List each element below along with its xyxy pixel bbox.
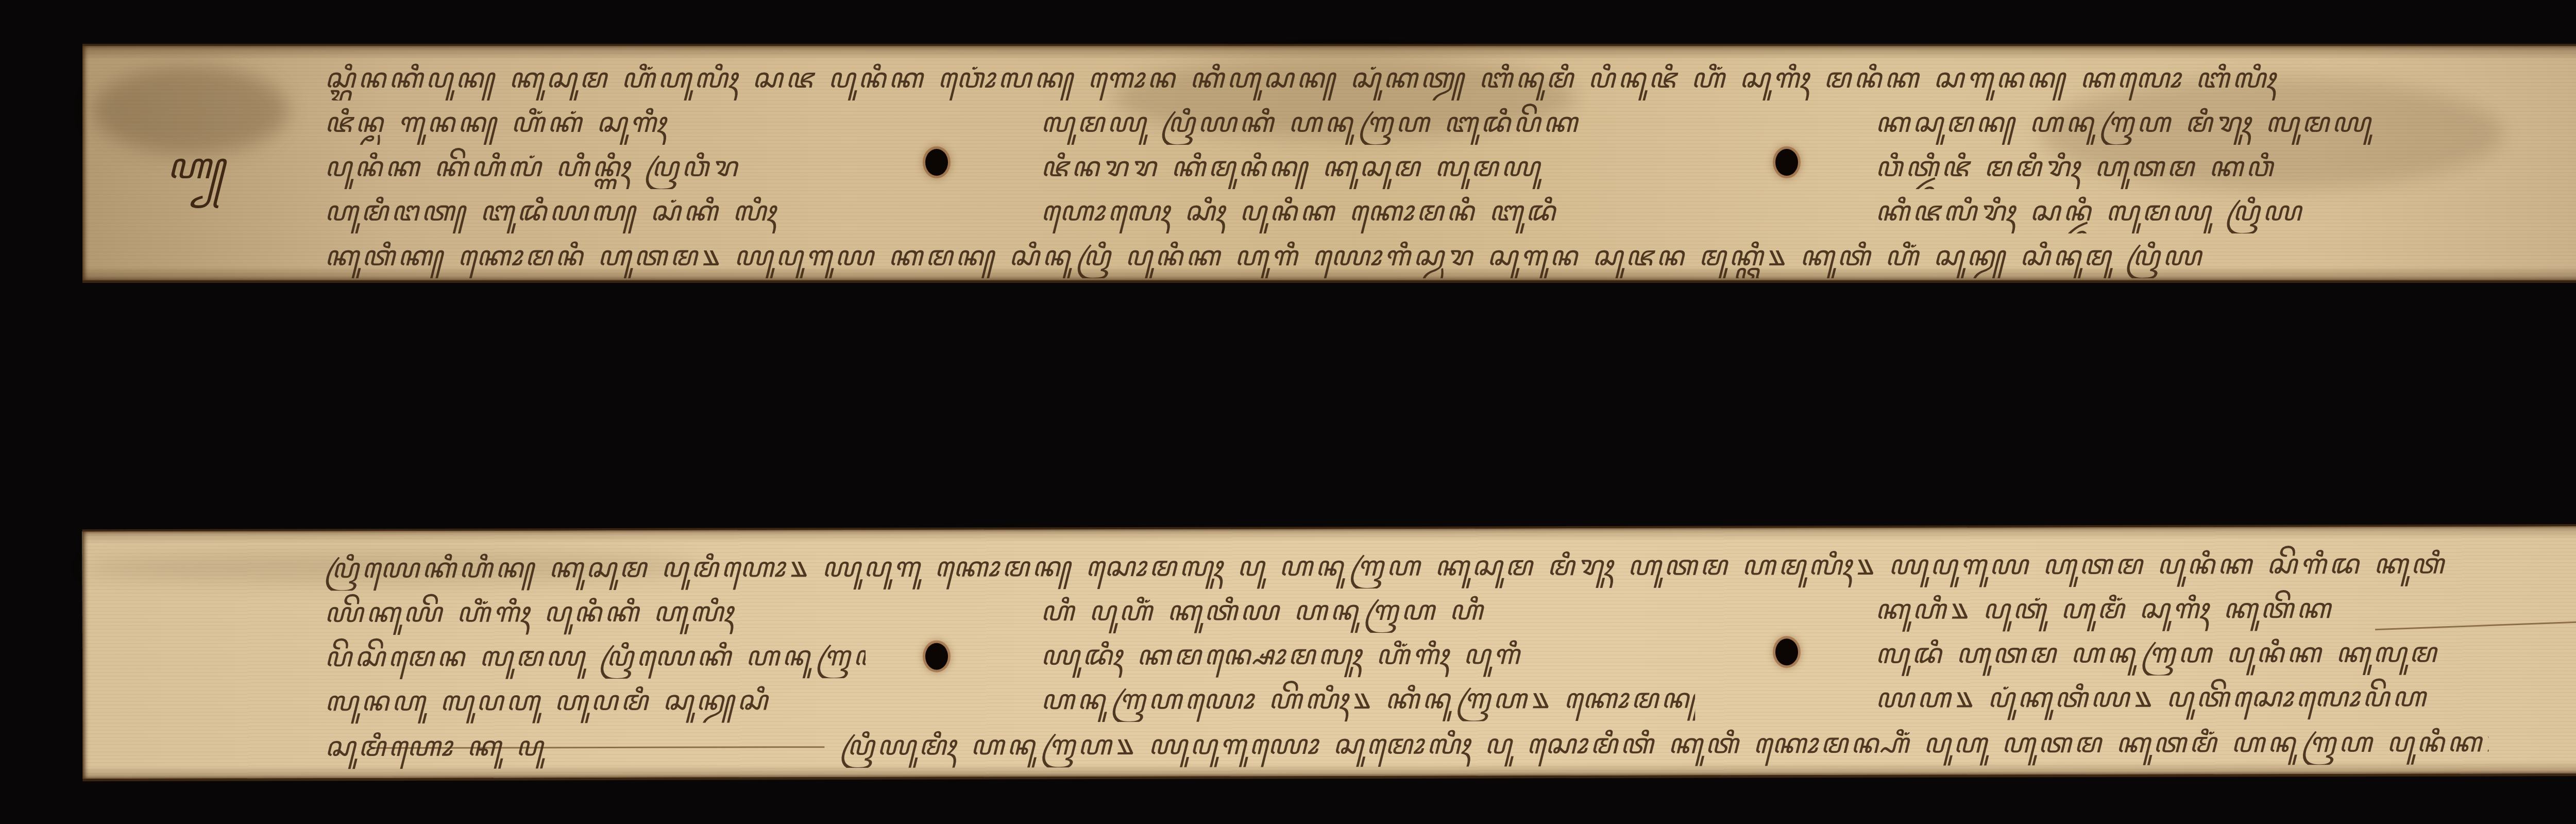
text-line-last: ꦥꦿꦶꦪꦸꦩꦶꦃ ꦲꦤꦸꦒꦿꦲ꧉ ꦪꦸꦥꦸꦒꦸꦪꦺꦴ ꦱꦸꦩꦺꦴꦭꦶꦃ ꦥꦸ ꦱ… bbox=[840, 720, 2488, 768]
string-hole-left bbox=[925, 149, 948, 176]
script-line: ꦏꦸꦲꦶ꧉ ꦥꦸꦠꦸꦁ ꦲꦸꦩꦶꦁ ꦱꦸꦒꦶꦃ ꦏꦸꦠꦼꦏ bbox=[1875, 586, 2483, 631]
folio-number-glyph: ꦲ꧀ bbox=[167, 139, 225, 212]
script-line: ꦗꦶꦤ꧀ꦩ ꦒꦸꦤꦤ꧀ ꦲꦶꦁꦏꦁ ꦱꦸꦒꦶꦃ bbox=[325, 100, 866, 145]
palm-leaf-folio-bottom: ꦥꦿꦶꦪꦺꦏꦶꦲꦶꦤ꧀ ꦏꦸꦱꦸꦩ ꦥꦸꦩꦶꦲꦺꦴ꧉ ꦪꦸꦥꦸꦒꦸ ꦏꦺꦴꦩꦤ꧀… bbox=[82, 524, 2576, 781]
script-line: ꦪꦼꦏꦸꦪꦼ ꦲꦶꦁꦒꦶꦃ ꦥꦸꦤꦶꦏꦶ ꦲꦸꦭꦶꦃ bbox=[325, 590, 866, 635]
script-line: ꦏꦶꦗꦭꦶꦫꦶꦃ ꦱꦤ꧀ꦢꦶ ꦭꦸꦩꦪꦸ ꦥꦿꦶꦪ bbox=[1875, 189, 2483, 233]
text-column-middle: ꦲꦶ ꦥꦸꦲꦶꦁ ꦏꦸꦠꦶꦪ ꦲꦤꦸꦒꦿꦲ ꦲꦶ ꦪꦸꦢꦶꦃ ꦏꦩꦤ꧀ꦱꦺꦴꦩꦭ… bbox=[1041, 588, 1696, 722]
string-hole-left bbox=[925, 643, 948, 670]
script-line: ꦏꦱꦸꦩꦤ꧀ ꦲꦤꦸꦒꦿꦲ ꦩꦶꦫꦸꦃ ꦭꦸꦩꦪꦸ bbox=[1875, 100, 2483, 145]
script-line: ꦲꦸꦩꦶꦔꦠ꧀ ꦧꦸꦢꦶꦪꦭ꧀ ꦱꦁꦏꦶ ꦭꦶꦃ bbox=[325, 189, 866, 233]
script-line: ꦲꦤꦸꦒꦿꦲꦪꦺꦴ ꦲꦼꦭꦶꦃ꧉ ꦏꦶꦤꦸꦒꦿꦲ꧉ ꦏꦺꦴꦩꦤ꧀ bbox=[1041, 677, 1695, 722]
script-line: ꦭꦸꦢꦶ ꦲꦸꦠꦩ ꦲꦤꦸꦒꦿꦲ ꦥꦸꦤꦶꦏ ꦏꦸꦭꦸꦩ bbox=[1875, 630, 2483, 676]
text-line-last: ꦏꦸꦠꦶꦏ꧀ ꦏꦺꦴꦩꦤꦶ ꦲꦸꦠꦩ꧉ ꦪꦸꦥꦸꦒꦸꦪ ꦏꦩꦤ꧀ ꦱꦶꦤꦸꦥꦿꦶ… bbox=[325, 234, 2488, 278]
script-line: ꦱꦸꦩꦶꦲꦺꦴ ꦏꦸ ꦥꦸ bbox=[325, 724, 562, 769]
script-line: ꦥꦸꦤꦶꦏ ꦏꦼꦲꦶꦭꦁ ꦲꦶꦤ꧀ꦒꦶꦃ ꦥꦿꦮꦶꦫ bbox=[325, 145, 866, 189]
text-line-first: ꦱ꧀ꦫꦶꦤꦏꦶꦥꦸꦤ꧀ ꦏꦸꦱꦸꦩ ꦲꦶꦁꦲꦸꦭꦶꦃ ꦱꦗ ꦥꦸꦤꦶꦏ ꦮꦺꦴꦁ… bbox=[325, 56, 2488, 100]
script-line: ꦭꦸꦩꦪꦸ ꦥꦿꦶꦪꦏꦶ ꦲꦤꦸꦒꦿꦲ ꦧꦸꦢꦶꦥꦼꦏ bbox=[1041, 100, 1695, 145]
text-column-left: ꦗꦶꦤ꧀ꦩ ꦒꦸꦤꦤ꧀ ꦲꦶꦁꦏꦁ ꦱꦸꦒꦶꦃ ꦥꦸꦤꦶꦏ ꦏꦼꦲꦶꦭꦁ ꦲꦶꦤ… bbox=[325, 100, 866, 233]
script-line: ꦗꦶꦤꦫꦫ ꦏꦶꦩꦸꦤꦶꦤ꧀ ꦏꦸꦱꦸꦩ ꦭꦸꦩꦪꦸ bbox=[1041, 145, 1695, 189]
text-column-right: ꦏꦸꦲꦶ꧉ ꦥꦸꦠꦸꦁ ꦲꦸꦩꦶꦁ ꦱꦸꦒꦶꦃ ꦏꦸꦠꦼꦏ ꦭꦸꦢꦶ ꦲꦸꦠꦩ … bbox=[1875, 586, 2484, 720]
script-line: ꦥꦼꦱꦼꦩꦺꦤ ꦭꦸꦩꦪꦸ ꦥꦿꦶꦪꦺꦏꦶ ꦲꦤꦸꦒꦿꦲ bbox=[325, 634, 866, 679]
script-line: ꦥꦿꦶꦪꦺꦏꦶꦲꦶꦤ꧀ ꦏꦸꦱꦸꦩ ꦥꦸꦩꦶꦲꦺꦴ꧉ ꦪꦸꦥꦸꦒꦸ ꦏꦺꦴꦩꦤ꧀… bbox=[325, 542, 2488, 591]
script-line: ꦥꦿꦶꦪꦸꦩꦶꦃ ꦲꦤꦸꦒꦿꦲ꧉ ꦪꦸꦥꦸꦒꦸꦪꦺꦴ ꦱꦸꦩꦺꦴꦭꦶꦃ ꦥꦸ ꦱ… bbox=[840, 720, 2488, 768]
script-line: ꦪꦲ꧉ ꦥꦸꦁꦏꦸꦠꦶꦪ꧉ ꦥꦸꦠꦼꦱꦺꦴꦭꦺꦴꦥꦼꦲ bbox=[1875, 675, 2483, 720]
script-line: ꦪꦸꦢꦶꦃ ꦏꦩꦤ꧀ꦱꦺꦴꦩꦭꦸꦃ ꦲꦶꦁꦒꦶꦃ ꦥꦸꦒꦶ bbox=[1041, 632, 1695, 678]
script-line: ꦮꦶꦠ꧀ꦢꦶꦗꦶ ꦩꦩꦶꦫꦶꦃ ꦲꦸꦠꦩ ꦏꦮꦶ bbox=[1875, 145, 2483, 189]
script-line: ꦏꦸꦠꦶꦏ꧀ ꦏꦺꦴꦩꦤꦶ ꦲꦸꦠꦩ꧉ ꦪꦸꦥꦸꦒꦸꦪ ꦏꦩꦤ꧀ ꦱꦶꦤꦸꦥꦿꦶ… bbox=[325, 234, 2488, 278]
script-line: ꦲꦶ ꦥꦸꦲꦶꦁ ꦏꦸꦠꦶꦪ ꦲꦤꦸꦒꦿꦲ ꦲꦶ bbox=[1041, 588, 1695, 634]
text-line-lower-left: ꦱꦸꦩꦶꦲꦺꦴ ꦏꦸ ꦥꦸ bbox=[325, 724, 562, 769]
string-hole-right bbox=[1775, 149, 1798, 176]
script-line: ꦭꦸꦤꦲꦸ ꦭꦸꦥꦲꦸ ꦲꦸꦥꦩꦶ ꦱꦸꦤꦾꦱꦶ bbox=[325, 678, 866, 724]
palm-leaf-folio-top: ꦲ꧀ ꦱ꧀ꦫꦶꦤꦏꦶꦥꦸꦤ꧀ ꦏꦸꦱꦸꦩ ꦲꦶꦁꦲꦸꦭꦶꦃ ꦱꦗ ꦥꦸꦤꦶꦏ ꦮ… bbox=[82, 44, 2576, 283]
script-line: ꦱ꧀ꦫꦶꦤꦏꦶꦥꦸꦤ꧀ ꦏꦸꦱꦸꦩ ꦲꦶꦁꦲꦸꦭꦶꦃ ꦱꦗ ꦥꦸꦤꦶꦏ ꦮꦺꦴꦁ… bbox=[325, 56, 2488, 100]
text-line-first: ꦥꦿꦶꦪꦺꦏꦶꦲꦶꦤ꧀ ꦏꦸꦱꦸꦩ ꦥꦸꦩꦶꦲꦺꦴ꧉ ꦪꦸꦥꦸꦒꦸ ꦏꦺꦴꦩꦤ꧀… bbox=[325, 542, 2488, 591]
text-column-left: ꦪꦼꦏꦸꦪꦼ ꦲꦶꦁꦒꦶꦃ ꦥꦸꦤꦶꦏꦶ ꦲꦸꦭꦶꦃ ꦥꦼꦱꦼꦩꦺꦤ ꦭꦸꦩꦪꦸ… bbox=[325, 590, 866, 724]
text-column-middle: ꦭꦸꦩꦪꦸ ꦥꦿꦶꦪꦏꦶ ꦲꦤꦸꦒꦿꦲ ꦧꦸꦢꦶꦥꦼꦏ ꦗꦶꦤꦫꦫ ꦏꦶꦩꦸꦤꦶ… bbox=[1041, 100, 1695, 233]
string-hole-right bbox=[1775, 638, 1798, 665]
script-line: ꦲꦺꦴꦭꦺꦃ ꦱꦶꦃ ꦥꦸꦤꦶꦏ ꦏꦺꦴꦩꦤꦶ ꦧꦸꦢꦶ bbox=[1041, 189, 1695, 233]
text-column-right: ꦏꦱꦸꦩꦤ꧀ ꦲꦤꦸꦒꦿꦲ ꦩꦶꦫꦸꦃ ꦭꦸꦩꦪꦸ ꦮꦶꦠ꧀ꦢꦶꦗꦶ ꦩꦩꦶꦫꦶ… bbox=[1875, 100, 2483, 233]
